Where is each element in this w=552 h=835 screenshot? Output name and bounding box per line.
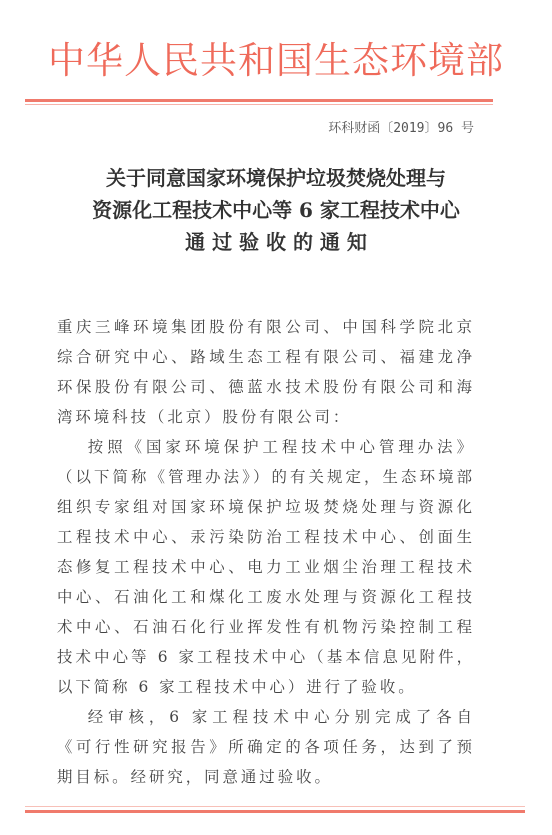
notice-title-line-1: 关于同意国家环境保护垃圾焚烧处理与 [0, 162, 552, 194]
footer-divider-thin [25, 806, 525, 807]
addressees: 重庆三峰环境集团股份有限公司、中国科学院北京综合研究中心、路域生态工程有限公司、… [57, 312, 475, 432]
letterhead-divider-thin [25, 104, 493, 105]
letterhead-divider-thick [25, 99, 493, 102]
notice-title-line-3: 通 过 验 收 的 通 知 [0, 226, 552, 258]
org-letterhead-title: 中华人民共和国生态环境部 [0, 36, 552, 86]
body-paragraph-2: 经审核，6 家工程技术中心分别完成了各自《可行性研究报告》所确定的各项任务，达到… [57, 702, 475, 792]
document-number: 环科财函〔2019〕96 号 [328, 117, 474, 136]
notice-title-line-2: 资源化工程技术中心等 6 家工程技术中心 [0, 194, 552, 226]
notice-body: 重庆三峰环境集团股份有限公司、中国科学院北京综合研究中心、路域生态工程有限公司、… [57, 312, 475, 792]
notice-title: 关于同意国家环境保护垃圾焚烧处理与 资源化工程技术中心等 6 家工程技术中心 通… [0, 162, 552, 258]
document-page: 中华人民共和国生态环境部 环科财函〔2019〕96 号 关于同意国家环境保护垃圾… [0, 0, 552, 835]
body-paragraph-1: 按照《国家环境保护工程技术中心管理办法》（以下简称《管理办法》）的有关规定，生态… [57, 432, 475, 702]
footer-divider-thick [25, 810, 525, 813]
